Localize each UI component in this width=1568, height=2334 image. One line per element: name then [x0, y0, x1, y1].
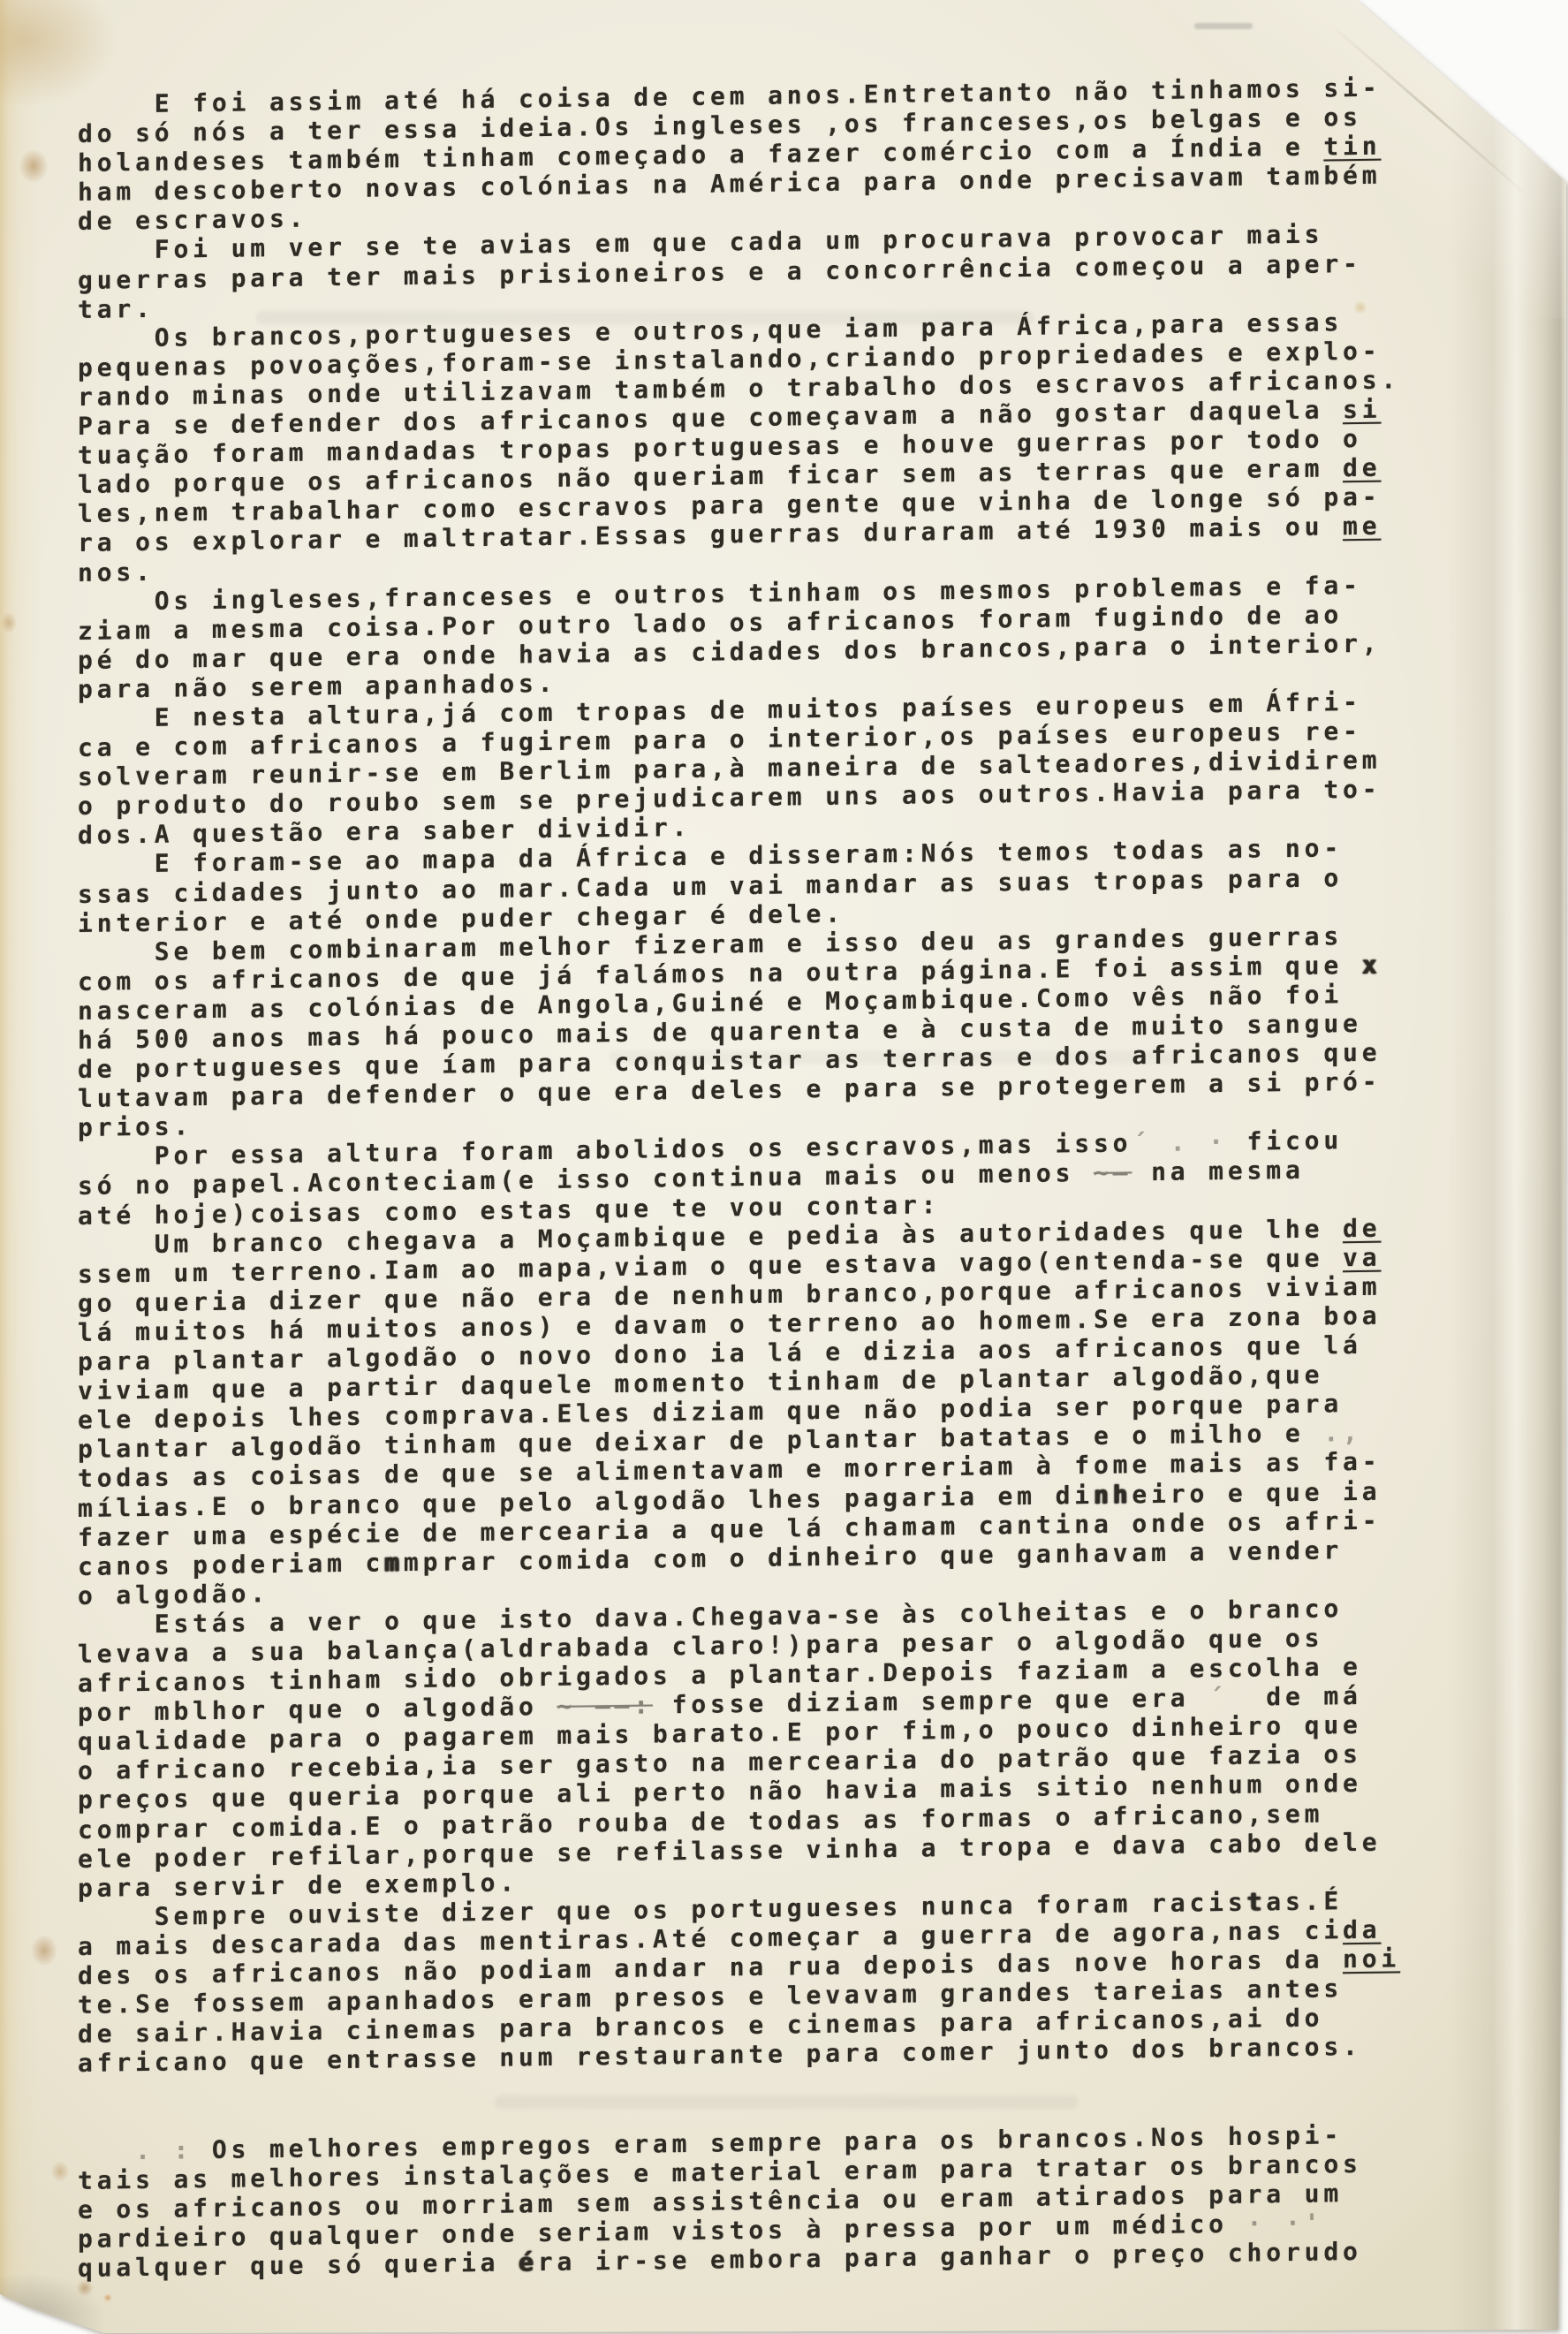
paper-sheet: E foi assim até há coisa de cem anos.Ent…: [0, 0, 1568, 2334]
paper-shadow-wrapper: E foi assim até há coisa de cem anos.Ent…: [0, 0, 1568, 2334]
scanned-page-root: { "meta": { "kind": "scanned typewritten…: [0, 0, 1568, 2334]
ink-artifact: [1194, 23, 1253, 29]
typewritten-text: E foi assim até há coisa de cem anos.Ent…: [78, 72, 1491, 2283]
